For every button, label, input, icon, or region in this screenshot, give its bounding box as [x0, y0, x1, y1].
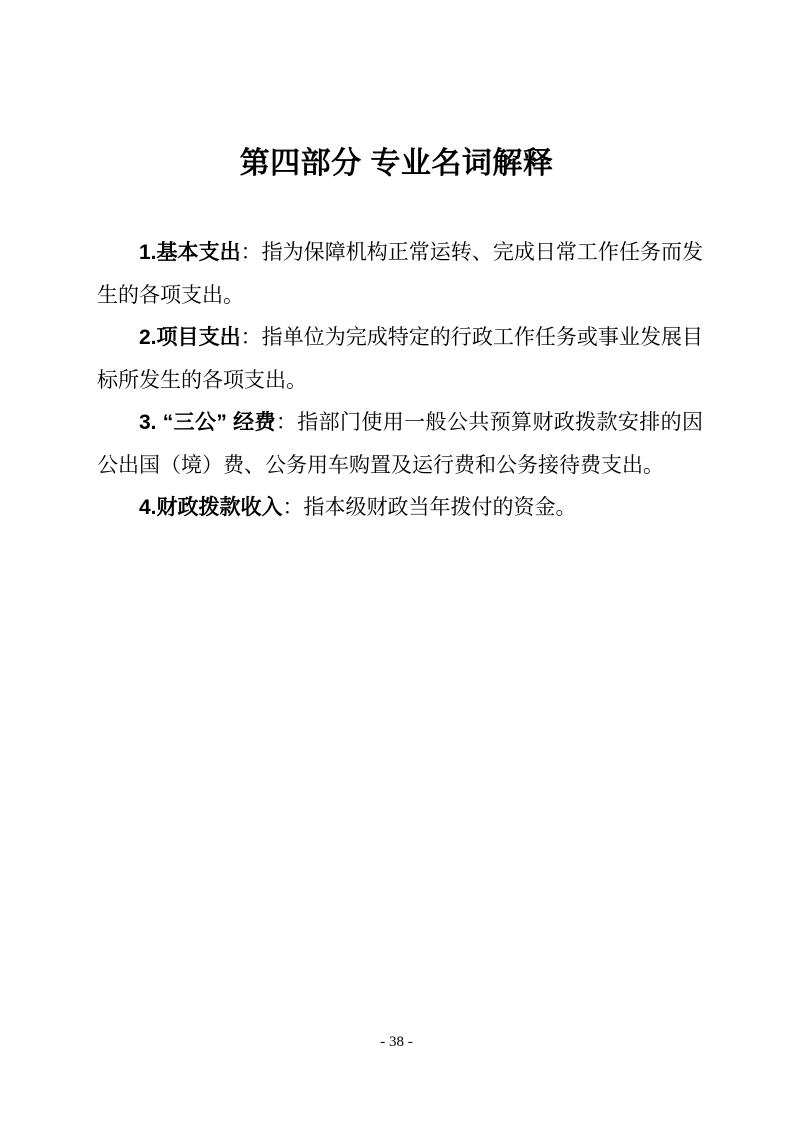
- document-body: 1.基本支出：指为保障机构正常运转、完成日常工作任务而发生的各项支出。 2.项目…: [97, 232, 703, 530]
- page-footer: - 38 -: [0, 1032, 793, 1052]
- document-page: 第四部分 专业名词解释 1.基本支出：指为保障机构正常运转、完成日常工作任务而发…: [0, 0, 793, 1122]
- term-label: 1.基本支出: [139, 241, 241, 264]
- page-number: - 38 -: [380, 1034, 413, 1050]
- term-label: 3. “三公” 经费: [139, 411, 276, 434]
- term-colon: ：: [241, 326, 262, 349]
- term-paragraph-three-public-funds: 3. “三公” 经费：指部门使用一般公共预算财政拨款安排的因公出国（境）费、公务…: [97, 402, 703, 487]
- term-colon: ：: [276, 411, 297, 434]
- term-colon: ：: [283, 496, 304, 519]
- term-label: 4.财政拨款收入: [139, 496, 283, 519]
- term-paragraph-project-expenditure: 2.项目支出：指单位为完成特定的行政工作任务或事业发展目标所发生的各项支出。: [97, 317, 703, 402]
- term-definition: 指本级财政当年拨付的资金。: [304, 496, 577, 519]
- page-title: 第四部分 专业名词解释: [0, 0, 793, 182]
- term-label: 2.项目支出: [139, 326, 241, 349]
- term-paragraph-fiscal-appropriation-income: 4.财政拨款收入：指本级财政当年拨付的资金。: [97, 487, 703, 530]
- term-paragraph-basic-expenditure: 1.基本支出：指为保障机构正常运转、完成日常工作任务而发生的各项支出。: [97, 232, 703, 317]
- term-colon: ：: [241, 241, 262, 264]
